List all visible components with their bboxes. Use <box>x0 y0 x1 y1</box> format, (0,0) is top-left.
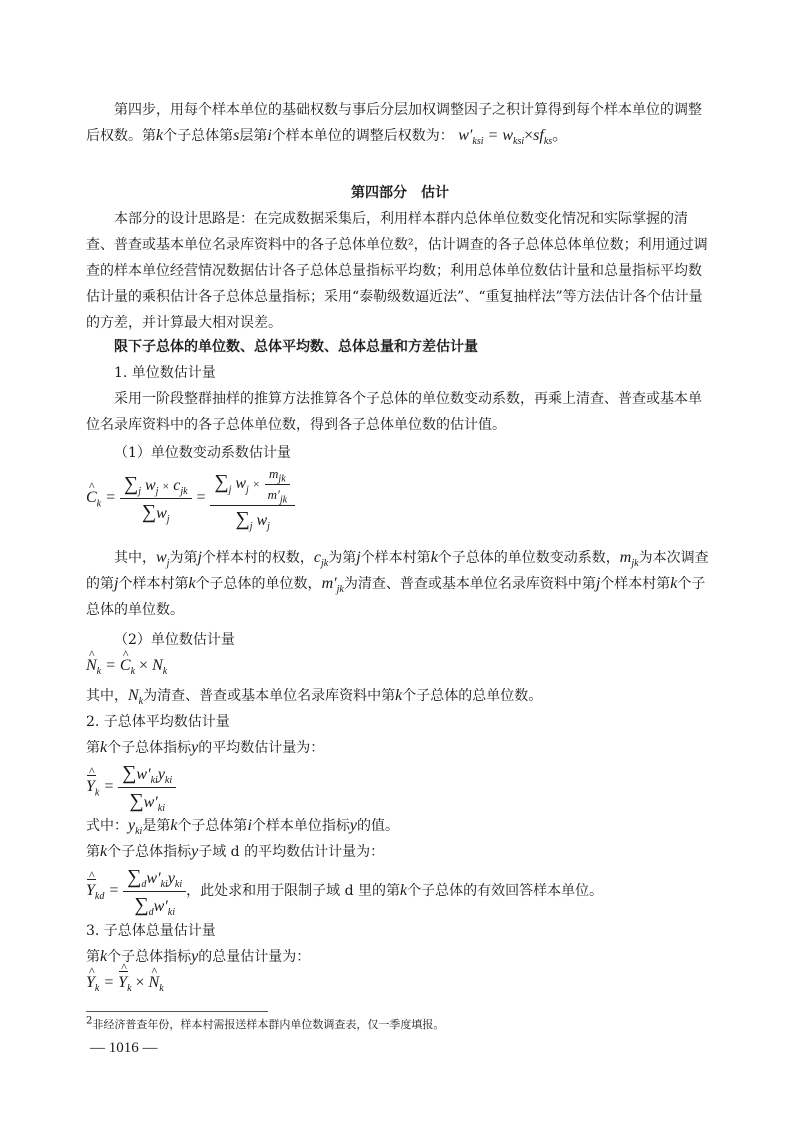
total-formula: Yk = Yk × Nk <box>86 974 164 992</box>
footnote-text: 非经济普查年份，样本村需报送样本群内单位数调查表，仅一季度填报。 <box>92 1018 444 1031</box>
text: 个子总体指标 <box>107 844 191 860</box>
part2-heading: 2. 子总体平均数估计量 <box>86 709 714 735</box>
text: 个子总体指标 <box>107 949 191 965</box>
document-page: 第四步，用每个样本单位的基础权数与事后分层加权调整因子之积计算得到每个样本单位的… <box>0 0 793 1122</box>
step4-paragraph: 第四步，用每个样本单位的基础权数与事后分层加权调整因子之积计算得到每个样本单位的… <box>86 97 714 149</box>
text: 个子总体指标 <box>107 740 191 756</box>
text: 个样本单位的调整后权数为： <box>272 128 454 144</box>
part2-intro: 第k个子总体指标y的平均数估计量为： <box>86 735 714 761</box>
text: 其中， <box>114 550 156 566</box>
part1-sub2-where: 其中，Nk为清查、普查或基本单位名录库资料中第k个子总体的总单位数。 <box>86 683 714 709</box>
text: 层第 <box>239 128 267 144</box>
text: 个样本村第 <box>600 576 670 592</box>
text: 个子总体的单位数变动系数， <box>438 550 620 566</box>
part1-heading: 1. 单位数估计量 <box>86 360 714 386</box>
text: 其中， <box>86 688 128 704</box>
text: 为清查、普查或基本单位名录库资料中第 <box>143 688 395 704</box>
text: 数。第 <box>114 128 156 144</box>
text: 的值。 <box>357 818 399 834</box>
text: 个子总体的总单位数。 <box>402 688 542 704</box>
text: 个子总体的有效回答样本单位。 <box>407 883 603 899</box>
text: 个样本单位指标 <box>252 818 350 834</box>
part1-sub1-where: 其中，wj为第j个样本村的权数，cjk为第j个样本村第k个子总体的单位数变动系数… <box>86 545 714 623</box>
text: 第 <box>86 740 100 756</box>
text: 个子总体的单位数， <box>196 576 322 592</box>
text: 的平均数估计量为： <box>198 740 324 756</box>
text: 个样本村第 <box>361 550 431 566</box>
text: ，此处求和用于限制子域 d 里的第 <box>186 883 400 899</box>
page-number: — 1016 — <box>90 1040 158 1057</box>
part1-sub2-heading: （2）单位数估计量 <box>86 627 714 653</box>
text: 个子总体第 <box>177 818 247 834</box>
section-intro: 本部分的设计思路是：在完成数据采集后，利用样本群内总体单位数变化情况和实际掌握的… <box>86 206 714 336</box>
text: 子域 d 的平均数估计计量为： <box>198 844 384 860</box>
part2-domain-intro: 第k个子总体指标y子域 d 的平均数估计计量为： <box>86 839 714 865</box>
part1-description: 采用一阶段整群抽样的推算方法推算各个子总体的单位数变动系数，再乘上清查、普查或基… <box>86 386 714 438</box>
footnote: 2非经济普查年份，样本村需报送样本群内单位数调查表，仅一季度填报。 <box>86 1016 444 1034</box>
coefficient-formula: Ck = ∑j wj × cjk∑wj = ∑j wj × mjkm′jk∑j … <box>86 466 295 531</box>
text: 是第 <box>142 818 170 834</box>
text: 为第 <box>328 550 356 566</box>
text: 为清查、普查或基本单位名录库资料中第 <box>344 576 596 592</box>
text: 个样本村第 <box>118 576 188 592</box>
text: 第 <box>86 844 100 860</box>
unit-count-formula: Nk = Ck × Nk <box>86 657 167 675</box>
domain-mean-formula: Ykd = ∑dw′kiyki∑dw′ki，此处求和用于限制子域 d 里的第k个… <box>86 866 603 917</box>
text: 式中： <box>86 818 128 834</box>
mean-formula: Yk = ∑w′kiyki∑w′ki <box>86 762 176 813</box>
text: 为第 <box>169 550 197 566</box>
text: 的总量估计量为： <box>198 949 310 965</box>
footnote-divider <box>86 1011 268 1012</box>
part2-where: 式中：yki是第k个子总体第i个样本单位指标y的值。 <box>86 813 714 839</box>
part3-heading: 3. 子总体总量估计量 <box>86 918 714 944</box>
text: 第 <box>86 949 100 965</box>
text: 个子总体第 <box>163 128 233 144</box>
adjusted-weight-formula: w′ksi = wksi×sfks。 <box>458 127 568 144</box>
part3-intro: 第k个子总体指标y的总量估计量为： <box>86 944 714 970</box>
part1-sub1-heading: （1）单位数变动系数估计量 <box>86 440 714 466</box>
text: 个样本村的权数， <box>202 550 314 566</box>
section-title: 第四部分 估计 <box>86 180 714 206</box>
section-subheading: 限下子总体的单位数、总体平均数、总体总量和方差估计量 <box>86 334 714 360</box>
